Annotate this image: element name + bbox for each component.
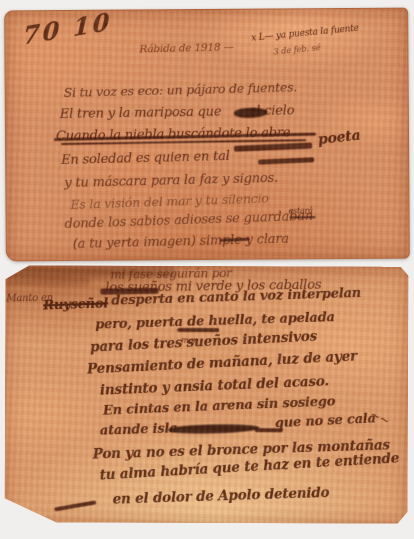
handwriting-word-poeta: poeta	[317, 128, 361, 149]
handwriting-line: instinto y ansia total del acaso.	[100, 373, 330, 398]
handwriting-line: En soledad es quien en tal	[61, 149, 230, 168]
manuscript-card-bottom: mi fase seguirán por los sueños mi verde…	[5, 265, 409, 523]
torn-edge-smudge	[5, 278, 90, 284]
handwriting-line: y tu máscara para la faz y signos.	[64, 171, 278, 191]
handwriting-line: Si tu voz es eco: un pájaro de fuentes.	[64, 79, 298, 100]
corner-number-mark: 70 10	[23, 8, 113, 51]
handwriting-line: (a tu yerta imagen) simple y clara	[73, 232, 289, 252]
strikethrough-mark	[177, 328, 219, 332]
margin-annotation-line1: x L— ya puesta la fuente	[251, 24, 359, 44]
manuscript-card-top: 70 10 Rábida de 1918 — x L— ya puesta la…	[4, 8, 410, 262]
ink-blot-crossout	[168, 423, 260, 435]
strikethrough-mark	[290, 216, 316, 218]
tiny-inserted-word: estará	[289, 206, 313, 215]
bottom-corner-scrawl	[54, 500, 96, 511]
handwriting-line: donde los sabios adioses se guardaban	[64, 209, 313, 232]
strikethrough-mark	[234, 143, 312, 152]
handwriting-line: que no se cala	[275, 411, 377, 431]
crossed-out-word: Ruyseñol	[43, 296, 108, 313]
strikethrough-mark	[258, 157, 314, 164]
handwriting-line: en el dolor de Apolo detenido	[112, 485, 329, 508]
handwriting-line: Es la visión del mar y tu silencio	[70, 190, 269, 212]
margin-annotation-line2: 3 de feb. sé	[273, 43, 321, 57]
date-header: Rábida de 1918 —	[139, 41, 234, 55]
handwriting-line: atande isla	[100, 421, 178, 438]
manuscript-photo: 70 10 Rábida de 1918 — x L— ya puesta la…	[0, 0, 414, 539]
